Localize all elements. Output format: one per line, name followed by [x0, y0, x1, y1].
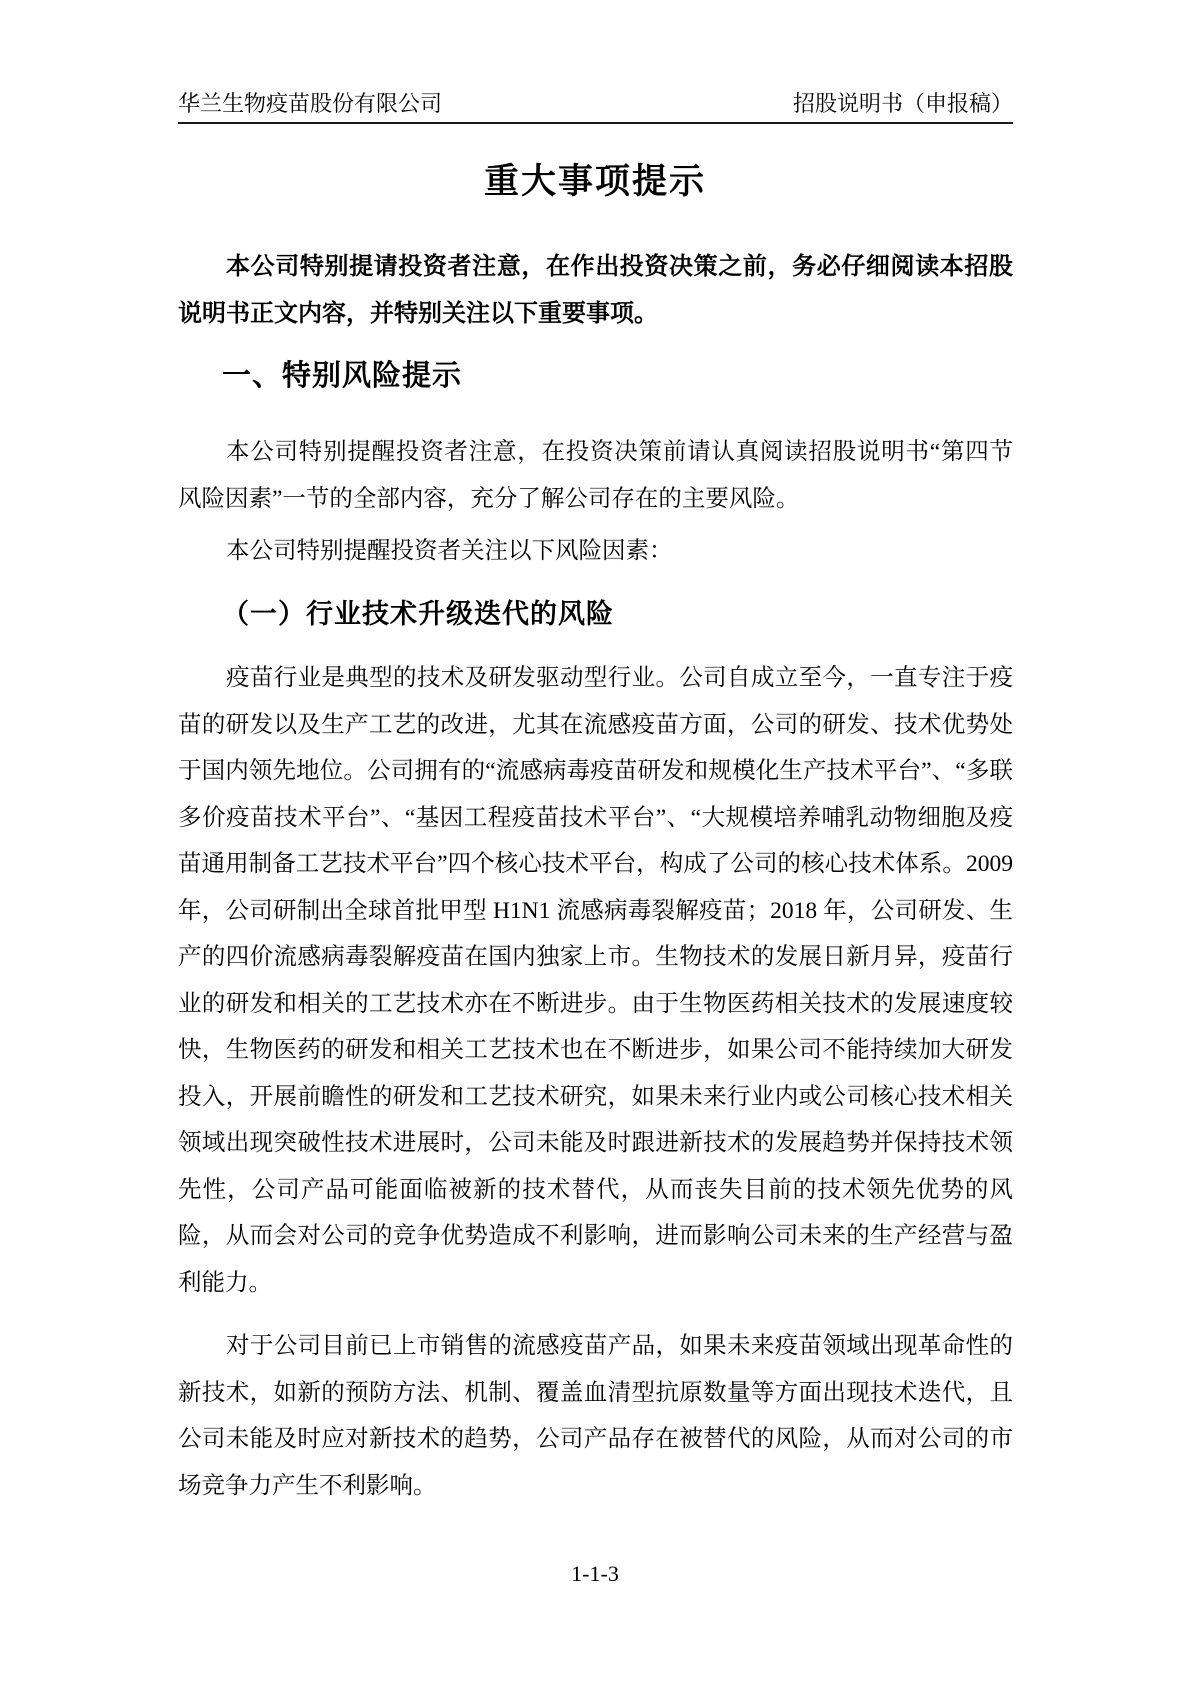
document-page: 华兰生物疫苗股份有限公司 招股说明书（申报稿） 重大事项提示 本公司特别提请投资… — [0, 0, 1190, 1683]
section-heading-special-risk: 一、特别风险提示 — [178, 358, 1013, 394]
section-paragraph-attention: 本公司特别提醒投资者关注以下风险因素： — [178, 528, 1013, 575]
header-doc-type: 招股说明书（申报稿） — [793, 90, 1013, 118]
page-title: 重大事项提示 — [0, 158, 1190, 206]
intro-notice-paragraph: 本公司特别提请投资者注意，在作出投资决策之前，务必仔细阅读本招股说明书正文内容，… — [178, 244, 1013, 338]
subsection-heading-tech-iteration-risk: （一）行业技术升级迭代的风险 — [178, 597, 1013, 631]
section-paragraph-read-risk: 本公司特别提醒投资者注意，在投资决策前请认真阅读招股说明书“第四节 风险因素”一… — [178, 429, 1013, 522]
page-number: 1-1-3 — [0, 1560, 1190, 1588]
risk-paragraph-industry-tech: 疫苗行业是典型的技术及研发驱动型行业。公司自成立至今，一直专注于疫苗的研发以及生… — [178, 655, 1013, 1306]
page-header: 华兰生物疫苗股份有限公司 招股说明书（申报稿） — [178, 90, 1013, 124]
risk-paragraph-product-replacement: 对于公司目前已上市销售的流感疫苗产品，如果未来疫苗领域出现革命性的新技术，如新的… — [178, 1323, 1013, 1509]
header-company-name: 华兰生物疫苗股份有限公司 — [178, 90, 442, 118]
